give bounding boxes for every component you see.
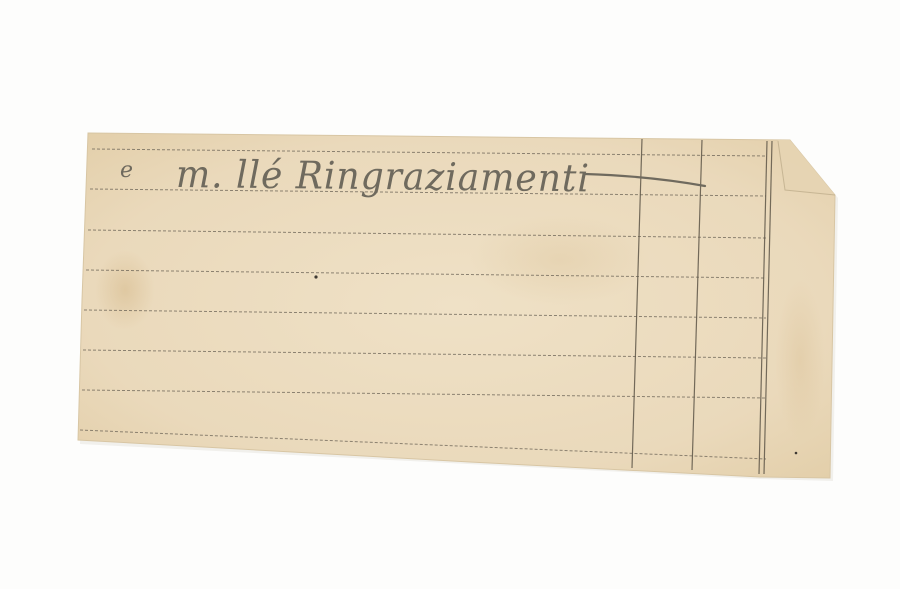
stain [95, 250, 155, 330]
folded-corner [778, 140, 835, 195]
stain [470, 215, 650, 305]
handwritten-text: m. llé Ringraziamenti [176, 152, 590, 200]
scanned-paper-slip [0, 0, 900, 589]
ink-speck [314, 275, 317, 278]
stain [775, 280, 825, 440]
handwritten-conjunction: e [120, 158, 133, 183]
ink-speck [795, 452, 798, 455]
